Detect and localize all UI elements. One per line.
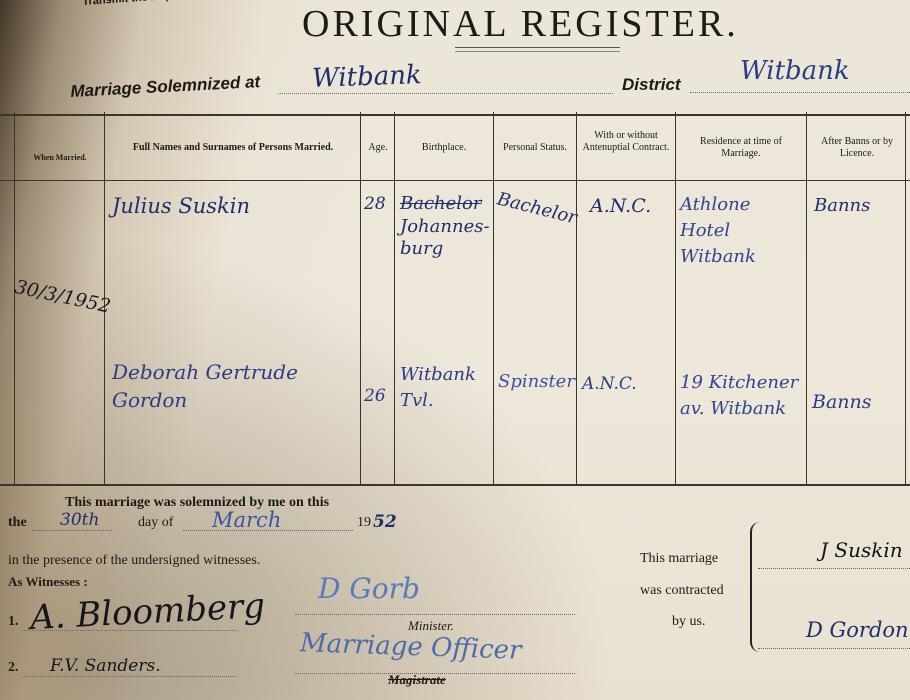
bride-residence: 19 Kitchener av. Witbank bbox=[680, 370, 804, 422]
header-personal-status: Personal Status. bbox=[494, 142, 576, 154]
col-divider bbox=[806, 112, 807, 486]
when-married-value: 30/3/1952 bbox=[12, 275, 105, 317]
bride-age: 26 bbox=[364, 384, 394, 408]
witness-2-number: 2. bbox=[8, 660, 19, 676]
header-banns: After Banns or by Licence. bbox=[810, 136, 904, 160]
col-divider bbox=[394, 112, 395, 486]
day-line bbox=[32, 530, 112, 531]
witness-2-signature: F.V. Sanders. bbox=[50, 656, 161, 676]
district-label: District bbox=[622, 75, 681, 95]
contracted-line-1: This marriage bbox=[640, 551, 718, 567]
groom-birthplace: Johannes- burg bbox=[400, 216, 492, 260]
bride-banns: Banns bbox=[812, 390, 904, 414]
groom-age: 28 bbox=[364, 192, 394, 216]
col-divider bbox=[576, 112, 577, 486]
contracted-line-3: by us. bbox=[672, 614, 705, 630]
header-full-names: Full Names and Surnames of Persons Marri… bbox=[108, 142, 358, 154]
document-title: ORIGINAL REGISTER. bbox=[302, 2, 739, 46]
header-age: Age. bbox=[362, 142, 394, 154]
day-of-label: day of bbox=[138, 515, 173, 531]
day-value: 30th bbox=[60, 510, 99, 530]
header-residence: Residence at time of Marriage. bbox=[680, 136, 802, 160]
witnesses-label: As Witnesses : bbox=[8, 574, 88, 590]
contracted-line-2: was contracted bbox=[640, 583, 724, 599]
district-value: Witbank bbox=[740, 56, 850, 86]
col-divider bbox=[493, 112, 494, 486]
presence-statement: in the presence of the undersigned witne… bbox=[8, 553, 260, 569]
table-header-divider bbox=[0, 180, 910, 181]
groom-signature-line bbox=[758, 568, 910, 569]
header-antenuptial: With or without Antenuptial Contract. bbox=[582, 130, 670, 154]
solemnized-statement-text: This marriage was solemnized by me on th… bbox=[65, 495, 329, 510]
groom-status: Bachelor bbox=[494, 187, 587, 232]
groom-birthplace-struck: Bachelor bbox=[400, 192, 492, 216]
bride-birthplace: Witbank Tvl. bbox=[400, 362, 492, 414]
col-divider bbox=[905, 112, 906, 486]
contract-brace bbox=[750, 522, 764, 652]
district-line bbox=[690, 92, 910, 93]
month-value: March bbox=[212, 508, 281, 532]
the-label: the bbox=[8, 515, 27, 530]
groom-residence: Athlone Hotel Witbank bbox=[680, 192, 804, 270]
officiant-signature: D Gorb bbox=[318, 572, 420, 605]
bride-status: Spinster bbox=[498, 370, 580, 394]
register-table: When Married. Full Names and Surnames of… bbox=[0, 112, 910, 488]
groom-banns: Banns bbox=[814, 194, 904, 218]
header-when-married: When Married. bbox=[18, 152, 102, 164]
witness-2-line bbox=[22, 676, 237, 677]
col-divider bbox=[360, 112, 361, 486]
col-divider bbox=[675, 112, 676, 486]
year-prefix: 19 bbox=[357, 515, 371, 531]
groom-name: Julius Suskin bbox=[112, 194, 357, 218]
bride-contract: A.N.C. bbox=[582, 372, 672, 396]
bride-signature-line bbox=[758, 648, 910, 649]
year-suffix: 52 bbox=[373, 512, 397, 532]
groom-signature: J Suskin bbox=[820, 538, 903, 562]
title-rule bbox=[455, 47, 620, 48]
solemnized-statement: This marriage was solemnized by me on th… bbox=[65, 495, 329, 511]
groom-contract: A.N.C. bbox=[590, 194, 674, 218]
witness-1-number: 1. bbox=[8, 614, 19, 630]
magistrate-label: Magistrate bbox=[388, 672, 446, 688]
title-rule-secondary bbox=[455, 51, 620, 52]
solemnized-at-value: Witbank bbox=[312, 60, 423, 94]
minister-line bbox=[295, 614, 575, 615]
bride-signature: D Gordon bbox=[806, 618, 909, 642]
table-top-border bbox=[0, 114, 910, 116]
header-birthplace: Birthplace. bbox=[396, 142, 492, 154]
table-bottom-border bbox=[0, 484, 910, 486]
bride-name: Deborah Gertrude Gordon bbox=[112, 358, 357, 414]
